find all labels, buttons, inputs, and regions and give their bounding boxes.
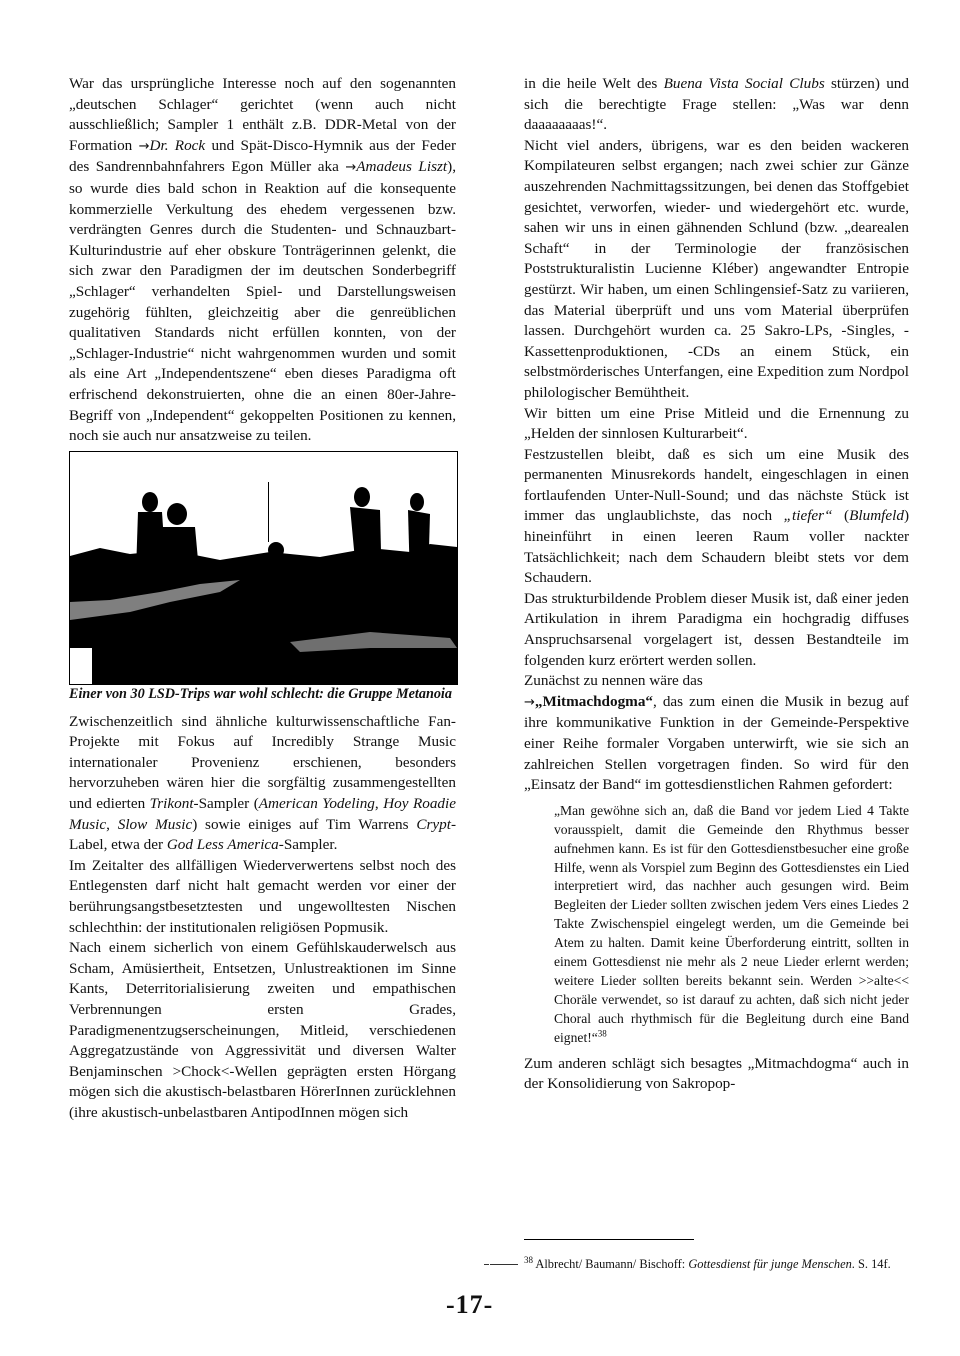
text-run: ( [833, 507, 850, 524]
photo-caption: Einer von 30 LSD-Trips war wohl schlecht… [69, 685, 456, 704]
scan-artifact [484, 1264, 489, 1265]
album-title: Slow Music [118, 816, 192, 833]
label-name-trikont: Trikont [150, 795, 194, 812]
paragraph-first-item: Zunächst zu nennen wäre das [524, 671, 909, 692]
page-number: -17- [446, 1290, 493, 1320]
arrow-right-icon: → [345, 160, 356, 175]
paragraph-structural-problem: Das strukturbildende Problem dieser Musi… [524, 589, 909, 671]
footnote-pages: . S. 14f. [852, 1257, 891, 1271]
footnote-divider [524, 1239, 694, 1240]
text-run: , [106, 816, 118, 833]
text-run: , [375, 795, 383, 812]
text-run: in die heile Welt des [524, 75, 664, 92]
band-photo [69, 451, 458, 685]
arrow-right-icon: → [524, 695, 535, 710]
scan-artifact [490, 1264, 518, 1265]
paragraph-minus-records: Festzustellen bleibt, daß es sich um ein… [524, 445, 909, 589]
paragraph-fan-projects: Zwischenzeitlich sind ähnliche kulturwis… [69, 712, 456, 856]
text-run: -Sampler ( [194, 795, 259, 812]
paragraph-recycling: Im Zeitalter des allfälligen Wiederverwe… [69, 856, 456, 938]
text-run: ) sowie einiges auf Tim Warrens [192, 816, 416, 833]
left-column: War das ursprüngliche Interesse noch auf… [69, 74, 456, 1124]
footnote-title: Gottesdienst für junge Menschen [688, 1257, 851, 1271]
footnote: 38 Albrecht/ Baumann/ Bischoff: Gottesdi… [524, 1256, 909, 1273]
footnote-number: 38 [524, 1255, 533, 1265]
right-column: in die heile Welt des Buena Vista Social… [524, 74, 909, 1095]
text-run: -Sampler. [279, 836, 338, 853]
quote-text: „Man gewöhne sich an, daß die Band vor j… [554, 803, 909, 1045]
footnote-authors: Albrecht/ Baumann/ Bischoff: [533, 1257, 688, 1271]
paragraph-compilers: Nicht viel anders, übrigens, war es den … [524, 136, 909, 404]
band-name: Blumfeld [849, 507, 904, 524]
band-name-dr-rock: Dr. Rock [150, 137, 206, 154]
term-mitmachdogma: „Mitmachdogma“ [535, 693, 653, 710]
paragraph-buena-vista: in die heile Welt des Buena Vista Social… [524, 74, 909, 136]
paragraph-consolidation: Zum anderen schlägt sich besagtes „Mitma… [524, 1054, 909, 1095]
band-name: Buena Vista Social Clubs [664, 75, 825, 92]
arrow-right-icon: → [139, 139, 150, 154]
text-run: ), so wurde dies bald schon in Reaktion … [69, 158, 456, 444]
block-quote: „Man gewöhne sich an, daß die Band vor j… [554, 802, 909, 1048]
paragraph-pity: Wir bitten um eine Prise Mitleid und die… [524, 404, 909, 445]
paragraph-mitmachdogma: →„Mitmachdogma“, das zum einen die Musik… [524, 692, 909, 796]
footnote-ref[interactable]: 38 [598, 1028, 607, 1038]
song-title: „tiefer“ [784, 507, 833, 524]
paragraph-intro: War das ursprüngliche Interesse noch auf… [69, 74, 456, 447]
paragraph-first-listen: Nach einem sicherlich von einem Gefühlsk… [69, 938, 456, 1123]
label-name-crypt: Crypt [416, 816, 451, 833]
album-title: American Yodeling [259, 795, 375, 812]
album-title: God Less America [167, 836, 279, 853]
band-name-amadeus-liszt: Amadeus Liszt [356, 158, 447, 175]
photo-illustration [70, 452, 457, 684]
